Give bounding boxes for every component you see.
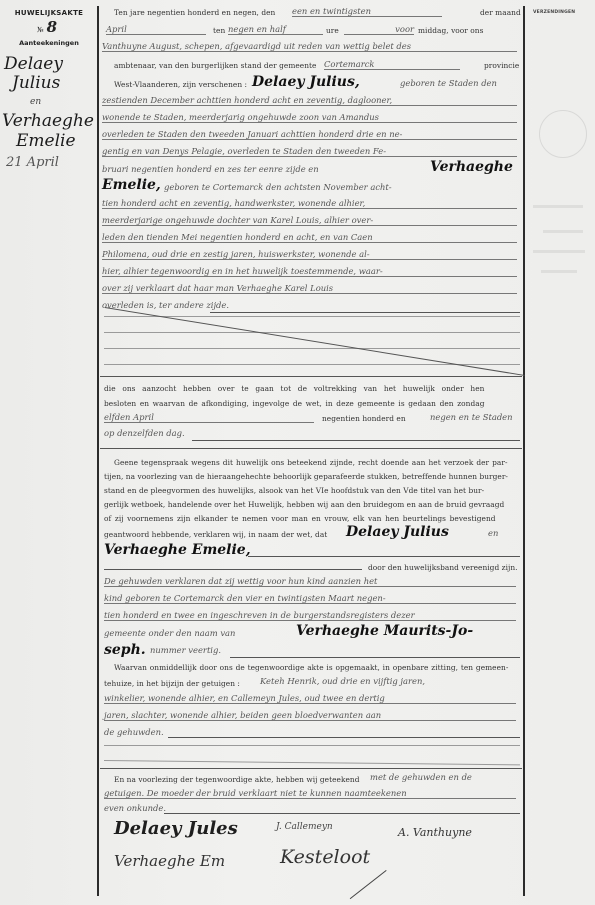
- handwritten-text: geboren te Cortemarck den achtsten Novem…: [164, 182, 392, 192]
- printed-text: der maand: [480, 8, 521, 17]
- handwritten-text: gemeente onder den naam van: [104, 628, 235, 638]
- body-line: getuigen. De moeder der bruid verklaart …: [100, 788, 520, 803]
- printed-text: geantwoord hebbende, verklaren wij, in n…: [104, 530, 327, 539]
- margin-groom-firstname: Julius: [12, 74, 102, 92]
- handwritten-text: Philomena, oud drie en zestig jaren, hui…: [102, 249, 517, 260]
- handwritten-text: overleden te Staden den tweeden Januari …: [102, 129, 517, 140]
- body-line: Vanthuyne August, schepen, afgevaardigd …: [100, 41, 520, 56]
- signature-flourish: [350, 870, 387, 899]
- bleed-through-mark: [543, 230, 583, 233]
- signature-witness-1: J. Callemeyn: [276, 822, 333, 832]
- groom-name: Delaey Julius,: [252, 74, 360, 90]
- certificate-title: HUWELIJKSAKTE: [8, 9, 90, 17]
- margin-conjunction: en: [30, 97, 41, 107]
- blank-line: [104, 332, 520, 333]
- fill-line: [104, 569, 362, 570]
- handwritten-text: op denzelfden dag.: [104, 428, 185, 438]
- body-line: op denzelfden dag.: [100, 428, 520, 443]
- fill-line: [168, 737, 520, 738]
- body-line: even onkunde.: [100, 803, 520, 818]
- printed-text: En na voorlezing der tegenwoordige akte,…: [114, 775, 360, 784]
- handwritten-municipality: Cortemarck: [324, 59, 460, 70]
- body-line: seph. nummer veertig.: [100, 645, 520, 660]
- certificate-number: №8: [22, 18, 72, 36]
- printed-text: Geene tegenspraak wegens dit huwelijk on…: [114, 458, 508, 467]
- body-line: over zij verklaart dat haar man Verhaegh…: [100, 283, 520, 298]
- printed-text: Waarvan onmiddellijk door ons de tegenwo…: [114, 663, 508, 672]
- body-line: Geene tegenspraak wegens dit huwelijk on…: [100, 456, 520, 471]
- signature-witness-2: Kesteloot: [280, 846, 370, 868]
- body-line: wonende te Staden, meerderjarig ongehuwd…: [100, 112, 520, 127]
- handwritten-text: tien honderd en twee en ingeschreven in …: [104, 610, 516, 621]
- body-line: geantwoord hebbende, verklaren wij, in n…: [100, 526, 520, 541]
- handwritten-text: overleden is, ter andere zijde.: [102, 300, 229, 310]
- margin-date: 21 April: [6, 155, 59, 170]
- handwritten-text: tien honderd acht en zeventig, handwerks…: [102, 198, 517, 209]
- printed-text: Ten jare negentien honderd en negen, den: [114, 8, 275, 17]
- handwritten-text: voor: [344, 24, 414, 35]
- body-line: overleden is, ter andere zijde.: [100, 300, 520, 315]
- fill-line: [248, 556, 520, 557]
- cancellation-stroke: [105, 307, 525, 376]
- signature-groom: Delaey Jules: [114, 818, 238, 839]
- handwritten-text: en: [488, 528, 498, 538]
- handwritten-hour: negen en half: [228, 24, 323, 35]
- bride-surname: Verhaeghe: [430, 159, 513, 175]
- right-divider: [523, 6, 525, 896]
- body-line: de gehuwden.: [100, 727, 520, 742]
- body-line: meerderjarige ongehuwde dochter van Kare…: [100, 215, 520, 230]
- body-line: tijen, na voorlezing van de hieraangehec…: [100, 470, 520, 485]
- handwritten-text: meerderjarige ongehuwde dochter van Kare…: [102, 215, 517, 226]
- body-line: winkelier, wonende alhier, en Callemeyn …: [100, 693, 520, 708]
- body-line: jaren, slachter, wonende alhier, beiden …: [100, 710, 520, 725]
- handwritten-text: gentig en van Denys Pelagie, overleden t…: [102, 146, 517, 157]
- handwritten-witness: Keteh Henrik, oud drie en vijftig jaren,: [260, 676, 425, 686]
- handwritten-text: even onkunde.: [104, 803, 166, 813]
- printed-text: negentien honderd en: [322, 414, 406, 423]
- printed-text: middag, voor ons: [418, 26, 483, 35]
- signature-bride: Verhaeghe Em: [114, 852, 225, 870]
- handwritten-text: over zij verklaart dat haar man Verhaegh…: [102, 283, 517, 294]
- handwritten-text: De gehuwden verklaren dat zij wettig voo…: [104, 576, 516, 587]
- body-line: De gehuwden verklaren dat zij wettig voo…: [100, 576, 520, 591]
- dispatches-heading: VERZENDINGEN: [533, 10, 575, 15]
- body-line: overleden te Staden den tweeden Januari …: [100, 129, 520, 144]
- handwritten-banns-date: elfden April: [104, 412, 314, 423]
- faded-stamp: [539, 110, 587, 158]
- bleed-through-mark: [533, 250, 585, 253]
- handwritten-date: een en twintigsten: [292, 6, 442, 17]
- handwritten-text: bruari negentien honderd en zes ter eenr…: [102, 164, 319, 174]
- body-line: kind geboren te Cortemarck den vier en t…: [100, 593, 520, 608]
- body-line: besloten en waarvan de afkondiging, inge…: [100, 397, 520, 412]
- printed-text: ambtenaar, van den burgerlijken stand de…: [114, 61, 317, 70]
- cancellation-stroke: [104, 760, 520, 765]
- body-line: of zij voornemens zijn elkander te nemen…: [100, 512, 520, 527]
- body-line: gerlijk wetboek, handelende over het Huw…: [100, 498, 520, 513]
- printed-text: stand en de pleegvormen des huwelijks, a…: [104, 486, 484, 495]
- body-line: door den huwelijksband vereenigd zijn.: [100, 561, 520, 576]
- handwritten-text: negen en te Staden: [430, 412, 513, 422]
- body-line: Waarvan onmiddellijk door ons de tegenwo…: [100, 661, 520, 676]
- body-line: Verhaeghe Emelie,: [100, 544, 520, 559]
- body-line: zestienden December achttien honderd ach…: [100, 95, 520, 110]
- body-line: En na voorlezing der tegenwoordige akte,…: [100, 772, 520, 787]
- handwritten-text: jaren, slachter, wonende alhier, beiden …: [104, 710, 516, 721]
- handwritten-text: geboren te Staden den: [400, 78, 497, 88]
- child-name-continued: seph.: [104, 642, 146, 658]
- right-margin: VERZENDINGEN: [527, 0, 595, 905]
- printed-text: tehuize, in het bijzijn der getuigen :: [104, 679, 240, 688]
- body-line: elfden April negentien honderd en negen …: [100, 412, 520, 427]
- body-line: April ten negen en half ure voor middag,…: [100, 24, 520, 39]
- body-line: stand en de pleegvormen des huwelijks, a…: [100, 484, 520, 499]
- section-divider: [100, 376, 522, 377]
- handwritten-text: wonende te Staden, meerderjarig ongehuwd…: [102, 112, 517, 123]
- handwritten-text: de gehuwden.: [104, 727, 164, 737]
- blank-line: [104, 348, 520, 349]
- body-line: bruari negentien honderd en zes ter eenr…: [100, 162, 520, 177]
- body-line: Emelie, geboren te Cortemarck den achtst…: [100, 180, 520, 195]
- printed-text: tijen, na voorlezing van de hieraangehec…: [104, 472, 508, 481]
- child-name: Verhaeghe Maurits-Jo-: [296, 623, 473, 639]
- fill-line: [192, 440, 520, 441]
- handwritten-text: met de gehuwden en de: [370, 772, 472, 782]
- body-line: Philomena, oud drie en zestig jaren, hui…: [100, 249, 520, 264]
- handwritten-text: zestienden December achttien honderd ach…: [102, 95, 517, 106]
- bride-firstname: Emelie,: [102, 177, 161, 193]
- handwritten-text: winkelier, wonende alhier, en Callemeyn …: [104, 693, 516, 704]
- fill-line: [230, 657, 520, 658]
- bleed-through-mark: [541, 270, 577, 273]
- printed-text: die ons aanzocht hebben over te gaan tot…: [104, 384, 484, 393]
- handwritten-month: April: [106, 24, 206, 35]
- fill-line: [164, 813, 520, 814]
- section-divider: [100, 448, 522, 449]
- body-line: gemeente onder den naam van Verhaeghe Ma…: [100, 626, 520, 641]
- handwritten-text: kind geboren te Cortemarck den vier en t…: [104, 593, 516, 604]
- signature-official: A. Vanthuyne: [398, 826, 472, 839]
- handwritten-text: nummer veertig.: [150, 645, 221, 655]
- printed-text: door den huwelijksband vereenigd zijn.: [368, 563, 518, 572]
- blank-line: [104, 745, 520, 746]
- handwritten-text: leden den tienden Mei negentien honderd …: [102, 232, 517, 243]
- printed-text: besloten en waarvan de afkondiging, inge…: [104, 399, 484, 408]
- printed-text: ten: [213, 26, 225, 35]
- printed-text: gerlijk wetboek, handelende over het Huw…: [104, 500, 504, 509]
- certificate-body: Ten jare negentien honderd en negen, den…: [100, 0, 520, 905]
- body-line: West-Vlaanderen, zijn verschenen : Delae…: [100, 76, 520, 91]
- printed-text: West-Vlaanderen, zijn verschenen :: [114, 80, 247, 89]
- handwritten-text: getuigen. De moeder der bruid verklaart …: [104, 788, 516, 799]
- number-value: 8: [47, 18, 57, 36]
- marriage-certificate-page: HUWELIJKSAKTE №8 Aanteekeningen Delaey J…: [0, 0, 595, 905]
- bride-name-declaration: Verhaeghe Emelie,: [104, 542, 251, 558]
- handwritten-text: Vanthuyne August, schepen, afgevaardigd …: [102, 41, 517, 52]
- groom-name-declaration: Delaey Julius: [346, 524, 449, 540]
- body-line: hier, alhier tegenwoordig en in het huwe…: [100, 266, 520, 281]
- body-line: tien honderd acht en zeventig, handwerks…: [100, 198, 520, 213]
- bleed-through-mark: [533, 205, 583, 208]
- margin-bride-surname: Verhaeghe: [2, 112, 92, 130]
- number-label: №: [37, 26, 44, 34]
- left-margin: HUWELIJKSAKTE №8 Aanteekeningen Delaey J…: [0, 0, 96, 905]
- printed-text: provincie: [484, 61, 519, 70]
- margin-groom-surname: Delaey: [4, 55, 94, 73]
- body-line: leden den tienden Mei negentien honderd …: [100, 232, 520, 247]
- printed-text: ure: [326, 26, 339, 35]
- fill-line: [210, 312, 520, 313]
- body-line: die ons aanzocht hebben over te gaan tot…: [100, 382, 520, 397]
- printed-text: of zij voornemens zijn elkander te nemen…: [104, 514, 496, 523]
- body-line: tehuize, in het bijzijn der getuigen : K…: [100, 676, 520, 691]
- left-divider: [97, 6, 99, 896]
- handwritten-text: hier, alhier tegenwoordig en in het huwe…: [102, 266, 517, 277]
- body-line: Ten jare negentien honderd en negen, den…: [100, 6, 520, 21]
- margin-bride-firstname: Emelie: [16, 132, 106, 150]
- section-divider: [100, 768, 522, 769]
- body-line: ambtenaar, van den burgerlijken stand de…: [100, 59, 520, 74]
- annotations-heading: Aanteekeningen: [8, 39, 90, 47]
